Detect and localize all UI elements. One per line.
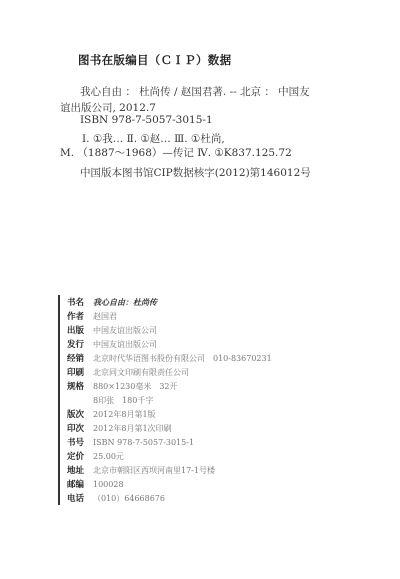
imprint-row-address: 地址 北京市朝阳区西坝河南里17-1号楼 [67, 463, 215, 477]
row-value: 880×1230毫米 32开 [93, 381, 178, 392]
vertical-divider [58, 295, 60, 505]
cip-subject-line: Ⅰ. ①我… Ⅱ. ①赵… Ⅲ. ①杜尚, [82, 131, 225, 146]
row-value: 8印张 180千字 [93, 395, 153, 406]
cip-subject-line-cont: M. （1887～1968）—传记 Ⅳ. ①K837.125.72 [60, 145, 292, 160]
imprint-row-format: 规格 880×1230毫米 32开 [67, 379, 178, 393]
imprint-row-price: 定价 25.00元 [67, 449, 124, 463]
imprint-row-publisher: 出版 中国友谊出版公司 [67, 323, 157, 337]
row-value: 2012年8月第1版 [93, 409, 156, 420]
imprint-row-postcode: 邮编 100028 [67, 477, 124, 491]
row-label: 定价 [67, 450, 93, 462]
imprint-row-title: 书名 我心自由：杜尚传 [67, 295, 157, 309]
row-label: 规格 [67, 380, 93, 392]
imprint-block: 书名 我心自由：杜尚传 作者 赵国君 出版 中国友谊出版公司 发行 中国友谊出版… [58, 295, 358, 505]
imprint-row-printing: 印次 2012年8月第1次印刷 [67, 421, 172, 435]
row-value: 北京同文印刷有限责任公司 [93, 367, 189, 378]
row-value: 中国友谊出版公司 [93, 339, 157, 350]
imprint-row-seller: 经销 北京时代华语图书股份有限公司 010-83670231 [67, 351, 272, 365]
row-value: 2012年8月第1次印刷 [93, 423, 172, 434]
cip-bibliographic-line-cont: 谊出版公司, 2012.7 [60, 100, 156, 115]
cip-bibliographic-line: 我心自由 ： 杜尚传 / 赵国君著. -- 北京 ： 中国友 [80, 84, 310, 99]
row-value: 中国友谊出版公司 [93, 325, 157, 336]
row-label: 发行 [67, 338, 93, 350]
imprint-row-format-cont: 8印张 180千字 [67, 393, 153, 407]
row-label: 邮编 [67, 478, 93, 490]
row-label: 书号 [67, 436, 93, 448]
row-label: 印刷 [67, 366, 93, 378]
imprint-row-author: 作者 赵国君 [67, 309, 117, 323]
row-value: ISBN 978-7-5057-3015-1 [93, 438, 194, 447]
row-label: 地址 [67, 464, 93, 476]
row-label: 作者 [67, 310, 93, 322]
row-label: 版次 [67, 408, 93, 420]
imprint-row-isbn: 书号 ISBN 978-7-5057-3015-1 [67, 435, 194, 449]
row-value: 我心自由：杜尚传 [93, 297, 157, 308]
row-value: 25.00元 [93, 451, 124, 462]
row-label: 书名 [67, 296, 93, 308]
row-label: 出版 [67, 324, 93, 336]
row-label: 经销 [67, 352, 93, 364]
imprint-row-distributor: 发行 中国友谊出版公司 [67, 337, 157, 351]
cip-isbn: ISBN 978-7-5057-3015-1 [80, 114, 213, 126]
cip-title: 图书在版编目（ＣＩＰ）数据 [78, 52, 231, 68]
imprint-row-edition: 版次 2012年8月第1版 [67, 407, 156, 421]
cip-record-number: 中国版本图书馆CIP数据核字(2012)第146012号 [80, 165, 311, 180]
row-value: （010）64668676 [93, 493, 165, 504]
row-label: 电话 [67, 492, 93, 504]
imprint-row-phone: 电话 （010）64668676 [67, 491, 165, 505]
row-value: 赵国君 [93, 311, 117, 322]
row-value: 100028 [93, 480, 124, 489]
row-label: 印次 [67, 422, 93, 434]
row-value: 北京市朝阳区西坝河南里17-1号楼 [93, 465, 215, 476]
imprint-row-printer: 印刷 北京同文印刷有限责任公司 [67, 365, 189, 379]
row-value: 北京时代华语图书股份有限公司 010-83670231 [93, 353, 272, 364]
